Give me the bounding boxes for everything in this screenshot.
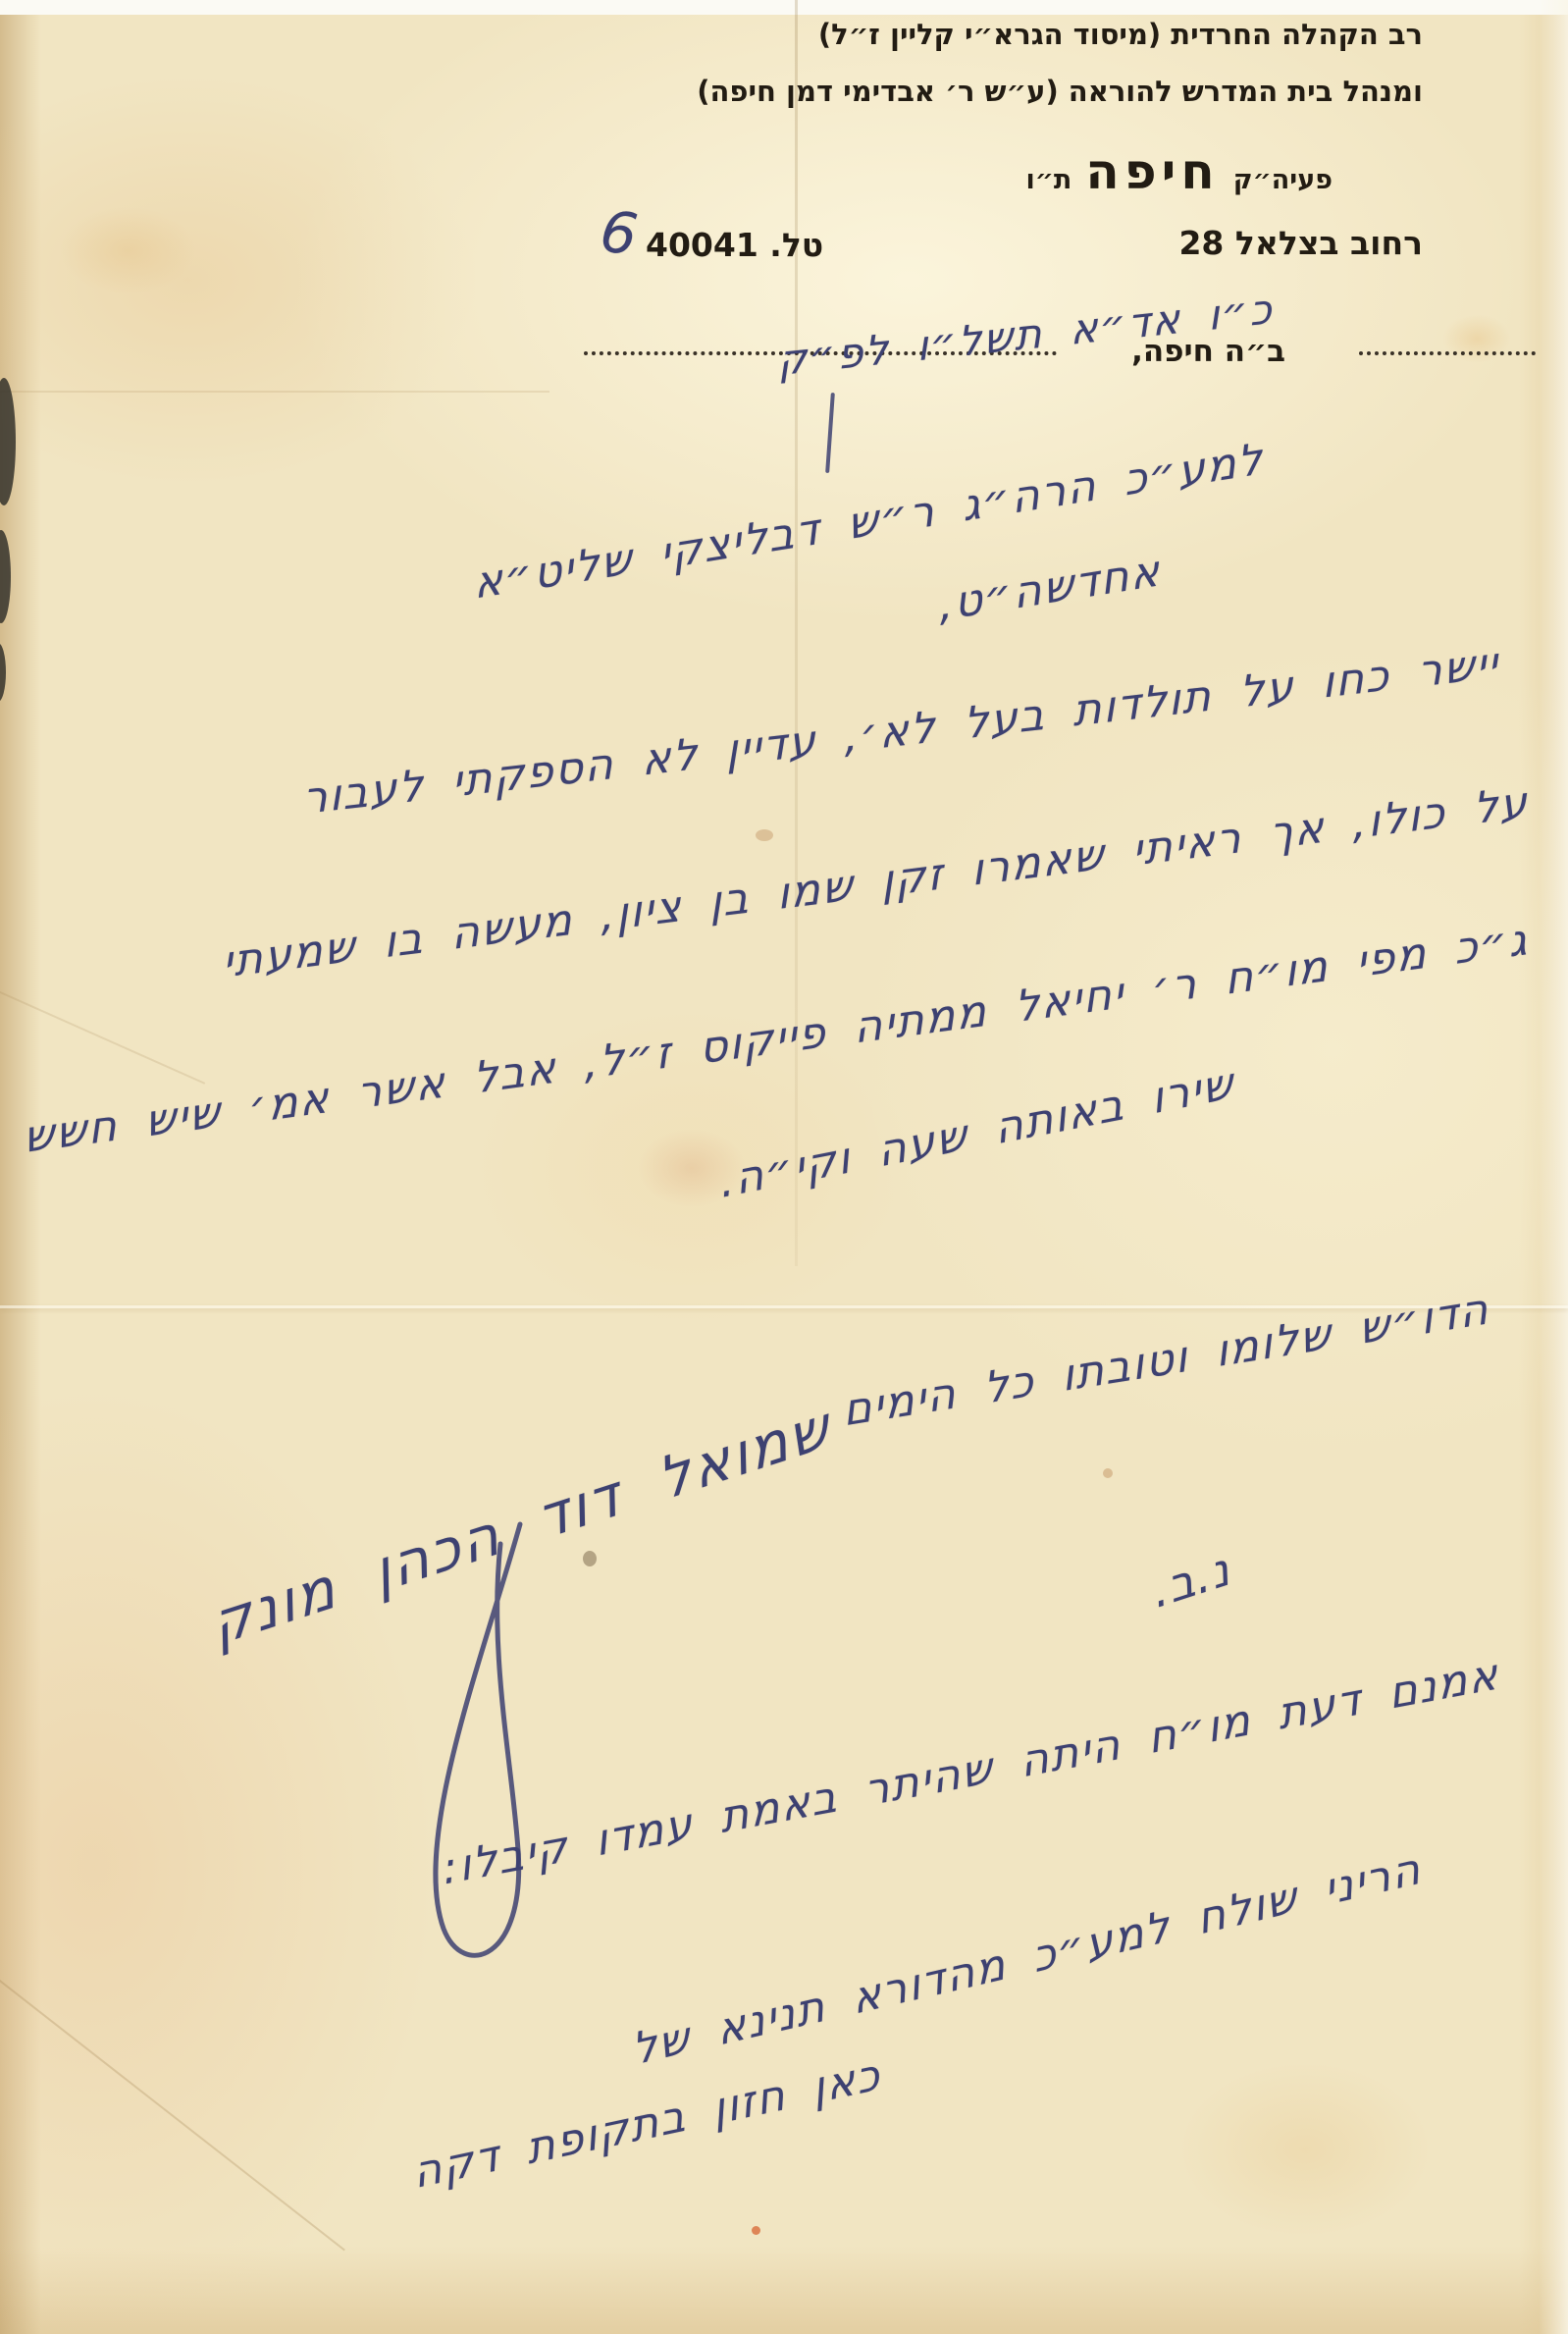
vertical-fold-crease [795,0,798,1266]
diagonal-crease-left [0,979,205,1085]
scanned-letter-page: רב הקהלה החרדית (מיסוד הגרא״י קליין ז״ל)… [0,0,1568,2334]
handwritten-date: כ״ו אד״א תשל״ו לפ״ק [777,285,1275,385]
scan-edge-right [1539,0,1568,2334]
handwritten-signature: שמואל דוד הכהן מונק [206,1393,837,1659]
paper-speck [752,2226,760,2235]
binding-mark [0,643,6,702]
handwritten-ps-line2: הריני שולח למע״כ מהדורא תנינא של [629,1843,1424,2075]
letterhead-city-line: פעיה״ק חיפה ת״ו [1026,143,1333,200]
binding-mark [0,530,11,623]
handwritten-greeting: אחדשה״ט, [937,546,1163,631]
handwritten-ps-label: נ.ב. [1147,1542,1235,1618]
handwritten-phone-annotation: 6 [597,197,642,268]
paper-stain [1442,314,1511,363]
paper-speck [756,829,773,841]
letterhead-line1: רב הקהלה החרדית (מיסוד הגרא״י קליין ז״ל) [818,18,1423,51]
handwritten-ps-line1: אמנם דעת מו״ח היתה שהיתר באמת עמדו קיבלו… [441,1649,1501,1894]
binding-mark [0,378,16,505]
letterhead-address: רחוב בצלאל 28 [1178,224,1423,262]
city-suffix: ת״ו [1026,165,1072,195]
city-prefix: פעיה״ק [1233,165,1333,195]
handwritten-closing: הדו״ש שלומו וטובתו כל הימים [842,1284,1491,1436]
letterhead-phone: טל. 40041 [646,226,823,264]
handwritten-body-line4: שירו באותה שעה וקי״ה. [717,1058,1236,1208]
paper-speck [1103,1468,1113,1478]
diagonal-crease-bottom-left [0,1972,345,2252]
faint-crease [0,391,549,393]
paper-speck [583,1551,597,1566]
date-dotted-line-right [1359,351,1536,355]
pen-descender-stroke [825,393,835,473]
city-name: חיפה [1085,143,1219,200]
paper-stain [1177,2061,1433,2238]
scan-edge-top [0,0,1568,15]
letterhead-line2: ומנהל בית המדרש להוראה (ע״ש ר׳ אבדימי דמ… [697,75,1423,108]
handwritten-body-line1: יישר כחו על תולדות בעל לא׳, עדיין לא הספ… [302,638,1499,824]
paper-stain [59,206,196,294]
